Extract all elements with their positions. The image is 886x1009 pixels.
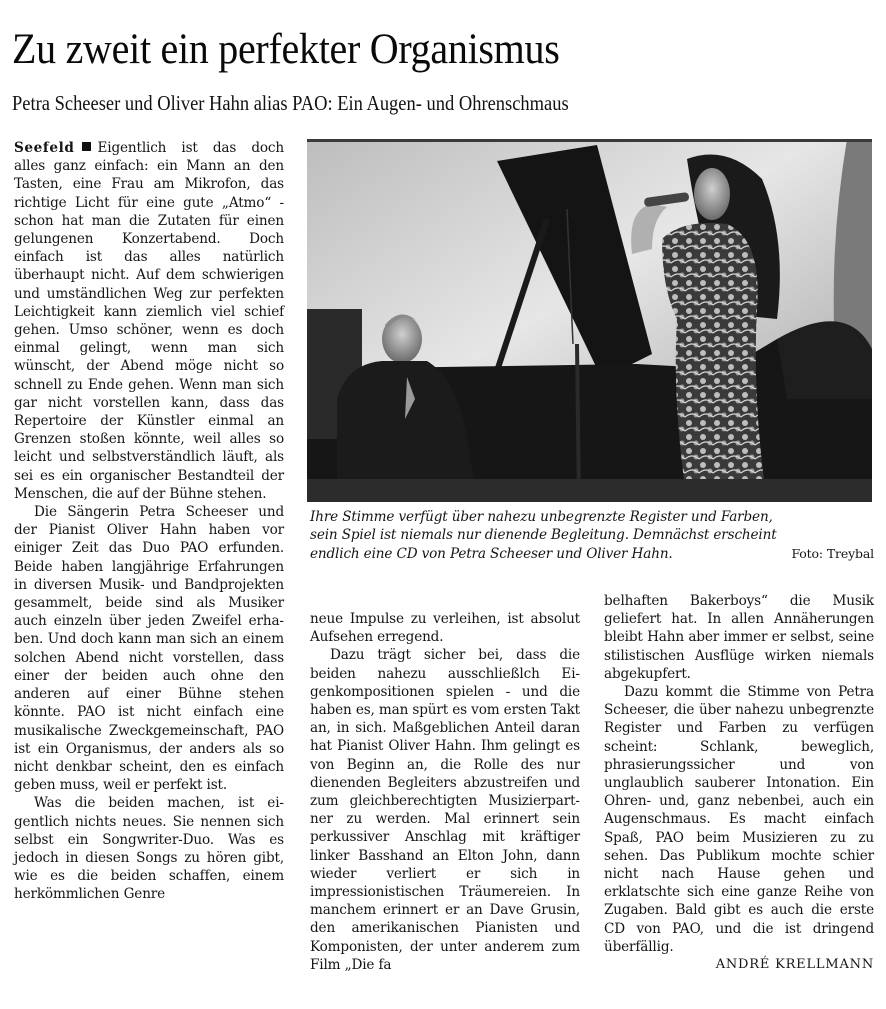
subheadline: Petra Scheeser und Oliver Hahn alias PAO… — [12, 90, 569, 116]
paragraph: belhaften Bakerboys“ die Musik geliefert… — [604, 592, 874, 683]
headline: Zu zweit ein perfekter Organismus — [12, 26, 560, 74]
caption-line: endlich eine CD von Petra Scheeser und O… — [310, 545, 874, 563]
author-byline: ANDRÉ KRELLMANN — [604, 956, 874, 974]
caption-line: sein Spiel ist niemals nur dienende Begl… — [310, 526, 874, 544]
paragraph: Dazu trägt sicher bei, dass die beiden n… — [310, 646, 580, 974]
article-column-3: belhaften Bakerboys“ die Musik geliefert… — [604, 592, 874, 974]
caption-text: endlich eine CD von Petra Scheeser und O… — [310, 546, 673, 562]
photo-caption: Ihre Stimme verfügt über nahezu unbegren… — [310, 508, 874, 563]
dateline: Seefeld — [14, 140, 74, 156]
photo-image-icon — [307, 139, 872, 502]
concert-photo — [307, 139, 872, 502]
paragraph: SeefeldEigentlich ist das doch alles gan… — [14, 139, 284, 503]
paragraph: Die Sängerin Petra Scheeser und der Pian… — [14, 503, 284, 794]
paragraph-text: Eigentlich ist das doch alles ganz einfa… — [14, 140, 284, 502]
article-column-2: neue Impulse zu verleihen, ist ab­solut … — [310, 610, 580, 974]
paragraph: neue Impulse zu verleihen, ist ab­solut … — [310, 610, 580, 646]
caption-line: Ihre Stimme verfügt über nahezu unbegren… — [310, 508, 874, 526]
photo-credit: Foto: Treybal — [791, 545, 874, 563]
article-column-1: SeefeldEigentlich ist das doch alles gan… — [14, 139, 284, 904]
dateline-bullet-icon — [82, 142, 91, 151]
paragraph: Dazu kommt die Stimme von Pe­tra Scheese… — [604, 683, 874, 956]
paragraph: Was die beiden machen, ist ei­gentlich n… — [14, 794, 284, 903]
